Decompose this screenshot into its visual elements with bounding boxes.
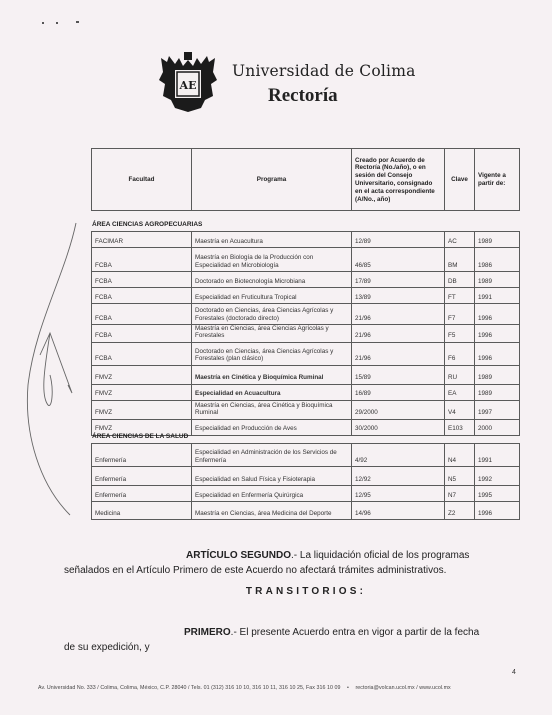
programa-cell: Especialidad en Fruticultura Tropical bbox=[192, 288, 352, 304]
table-row: FCBADoctorado en Ciencias, área Ciencias… bbox=[92, 304, 520, 325]
facultad-cell: FCBA bbox=[92, 342, 192, 365]
acuerdo-cell: 30/2000 bbox=[352, 419, 445, 435]
clave-cell: N5 bbox=[445, 467, 475, 486]
scan-speck bbox=[42, 22, 44, 24]
programa-cell: Maestría en Cinética y Bioquímica Rumina… bbox=[192, 365, 352, 384]
footer-contact: rectoria@volcan.ucol.mx / www.ucol.mx bbox=[355, 685, 450, 691]
vigente-cell: 1996 bbox=[475, 325, 520, 343]
programs-table-salud: EnfermeríaEspecialidad en Administración… bbox=[91, 443, 520, 520]
articulo-segundo-label: ARTÍCULO SEGUNDO bbox=[186, 550, 291, 561]
programa-cell: Maestría en Ciencias, área Ciencias Agrí… bbox=[192, 325, 352, 343]
clave-cell: Z2 bbox=[445, 502, 475, 520]
programa-cell: Especialidad en Administración de los Se… bbox=[192, 444, 352, 467]
programa-cell: Maestría en Biología de la Producción co… bbox=[192, 248, 352, 272]
facultad-cell: FCBA bbox=[92, 248, 192, 272]
programa-cell: Especialidad en Acuacultura bbox=[192, 384, 352, 400]
facultad-cell: FCBA bbox=[92, 304, 192, 325]
vigente-cell: 1995 bbox=[475, 486, 520, 502]
programa-cell: Doctorado en Ciencias, área Ciencias Agr… bbox=[192, 342, 352, 365]
vigente-cell: 1997 bbox=[475, 400, 520, 419]
acuerdo-cell: 16/89 bbox=[352, 384, 445, 400]
vigente-cell: 1996 bbox=[475, 502, 520, 520]
column-header-acuerdo: Creado por Acuerdo de Rectoría (No./año)… bbox=[352, 149, 445, 211]
clave-cell: BM bbox=[445, 248, 475, 272]
table-row: EnfermeríaEspecialidad en Salud Física y… bbox=[92, 467, 520, 486]
clave-cell: F5 bbox=[445, 325, 475, 343]
column-header-programa: Programa bbox=[192, 149, 352, 211]
primero-text: .- El presente Acuerdo entra en vigor a … bbox=[231, 627, 479, 638]
handwritten-signature bbox=[20, 215, 90, 525]
acuerdo-cell: 15/89 bbox=[352, 365, 445, 384]
column-header-vigente: Vigente a partir de: bbox=[475, 149, 520, 211]
clave-cell: RU bbox=[445, 365, 475, 384]
facultad-cell: FMVZ bbox=[92, 384, 192, 400]
footer: Av. Universidad No. 333 / Colima, Colima… bbox=[38, 685, 451, 691]
vigente-cell: 1986 bbox=[475, 248, 520, 272]
facultad-cell: Enfermería bbox=[92, 467, 192, 486]
vigente-cell: 1989 bbox=[475, 232, 520, 248]
programa-cell: Especialidad en Enfermería Quirúrgica bbox=[192, 486, 352, 502]
department-title: Rectoría bbox=[268, 85, 338, 107]
table-row: FCBADoctorado en Ciencias, área Ciencias… bbox=[92, 342, 520, 365]
acuerdo-cell: 21/96 bbox=[352, 325, 445, 343]
table-row: EnfermeríaEspecialidad en Administración… bbox=[92, 444, 520, 467]
page-number: 4 bbox=[512, 669, 516, 676]
clave-cell: F7 bbox=[445, 304, 475, 325]
table-row: MedicinaMaestría en Ciencias, área Medic… bbox=[92, 502, 520, 520]
programa-cell: Doctorado en Biotecnología Microbiana bbox=[192, 272, 352, 288]
vigente-cell: 1996 bbox=[475, 304, 520, 325]
university-crest-icon: AE bbox=[157, 50, 219, 112]
clave-cell: F6 bbox=[445, 342, 475, 365]
programa-cell: Doctorado en Ciencias, área Ciencias Agr… bbox=[192, 304, 352, 325]
vigente-cell: 1989 bbox=[475, 365, 520, 384]
section-title: ÁREA CIENCIAS AGROPECUARIAS bbox=[92, 221, 202, 228]
programa-cell: Especialidad en Producción de Aves bbox=[192, 419, 352, 435]
vigente-cell: 1992 bbox=[475, 467, 520, 486]
clave-cell: E103 bbox=[445, 419, 475, 435]
programs-table-header: Facultad Programa Creado por Acuerdo de … bbox=[91, 148, 520, 211]
table-row: FCBAMaestría en Biología de la Producció… bbox=[92, 248, 520, 272]
articulo-segundo-paragraph: ARTÍCULO SEGUNDO.- La liquidación oficia… bbox=[90, 548, 520, 578]
table-row: EnfermeríaEspecialidad en Enfermería Qui… bbox=[92, 486, 520, 502]
clave-cell: AC bbox=[445, 232, 475, 248]
transitorios-heading: TRANSITORIOS: bbox=[0, 586, 552, 597]
vigente-cell: 1991 bbox=[475, 288, 520, 304]
table-row: FCBAMaestría en Ciencias, área Ciencias … bbox=[92, 325, 520, 343]
column-header-facultad: Facultad bbox=[92, 149, 192, 211]
facultad-cell: FMVZ bbox=[92, 400, 192, 419]
acuerdo-cell: 21/96 bbox=[352, 342, 445, 365]
vigente-cell: 1989 bbox=[475, 384, 520, 400]
primero-paragraph: PRIMERO.- El presente Acuerdo entra en v… bbox=[64, 625, 494, 655]
section-title: ÁREA CIENCIAS DE LA SALUD bbox=[92, 433, 188, 440]
table-row: FCBAEspecialidad en Fruticultura Tropica… bbox=[92, 288, 520, 304]
footer-address: Av. Universidad No. 333 / Colima, Colima… bbox=[38, 685, 341, 691]
acuerdo-cell: 17/89 bbox=[352, 272, 445, 288]
scan-speck bbox=[56, 22, 58, 24]
facultad-cell: Enfermería bbox=[92, 444, 192, 467]
acuerdo-cell: 29/2000 bbox=[352, 400, 445, 419]
acuerdo-cell: 12/95 bbox=[352, 486, 445, 502]
articulo-segundo-text: .- La liquidación oficial de los program… bbox=[291, 550, 469, 561]
facultad-cell: Medicina bbox=[92, 502, 192, 520]
acuerdo-cell: 12/92 bbox=[352, 467, 445, 486]
primero-label: PRIMERO bbox=[184, 627, 231, 638]
table-row: FMVZEspecialidad en Acuacultura16/89EA19… bbox=[92, 384, 520, 400]
vigente-cell: 2000 bbox=[475, 419, 520, 435]
facultad-cell: FCBA bbox=[92, 325, 192, 343]
column-header-clave: Clave bbox=[445, 149, 475, 211]
acuerdo-cell: 4/92 bbox=[352, 444, 445, 467]
facultad-cell: Enfermería bbox=[92, 486, 192, 502]
svg-text:AE: AE bbox=[179, 79, 197, 92]
clave-cell: N4 bbox=[445, 444, 475, 467]
facultad-cell: FACIMAR bbox=[92, 232, 192, 248]
acuerdo-cell: 14/96 bbox=[352, 502, 445, 520]
vigente-cell: 1989 bbox=[475, 272, 520, 288]
primero-text-2: de su expedición, y bbox=[64, 640, 494, 655]
clave-cell: EA bbox=[445, 384, 475, 400]
facultad-cell: FCBA bbox=[92, 288, 192, 304]
programa-cell: Especialidad en Salud Física y Fisiotera… bbox=[192, 467, 352, 486]
facultad-cell: FCBA bbox=[92, 272, 192, 288]
table-row: FMVZMaestría en Cinética y Bioquímica Ru… bbox=[92, 365, 520, 384]
acuerdo-cell: 46/85 bbox=[352, 248, 445, 272]
scan-speck bbox=[76, 21, 79, 23]
table-row: FACIMARMaestría en Acuacultura12/89AC198… bbox=[92, 232, 520, 248]
clave-cell: N7 bbox=[445, 486, 475, 502]
clave-cell: DB bbox=[445, 272, 475, 288]
programa-cell: Maestría en Acuacultura bbox=[192, 232, 352, 248]
programa-cell: Maestría en Ciencias, área Cinética y Bi… bbox=[192, 400, 352, 419]
vigente-cell: 1991 bbox=[475, 444, 520, 467]
programa-cell: Maestría en Ciencias, área Medicina del … bbox=[192, 502, 352, 520]
table-row: FCBADoctorado en Biotecnología Microbian… bbox=[92, 272, 520, 288]
clave-cell: FT bbox=[445, 288, 475, 304]
acuerdo-cell: 13/89 bbox=[352, 288, 445, 304]
table-row: FMVZMaestría en Ciencias, área Cinética … bbox=[92, 400, 520, 419]
acuerdo-cell: 12/89 bbox=[352, 232, 445, 248]
programs-table-agropecuarias: FACIMARMaestría en Acuacultura12/89AC198… bbox=[91, 231, 520, 436]
footer-separator: • bbox=[347, 685, 349, 691]
articulo-segundo-text-2: señalados en el Artículo Primero de este… bbox=[64, 563, 520, 578]
vigente-cell: 1996 bbox=[475, 342, 520, 365]
facultad-cell: FMVZ bbox=[92, 365, 192, 384]
clave-cell: V4 bbox=[445, 400, 475, 419]
acuerdo-cell: 21/96 bbox=[352, 304, 445, 325]
university-name: Universidad de Colima bbox=[232, 62, 416, 80]
